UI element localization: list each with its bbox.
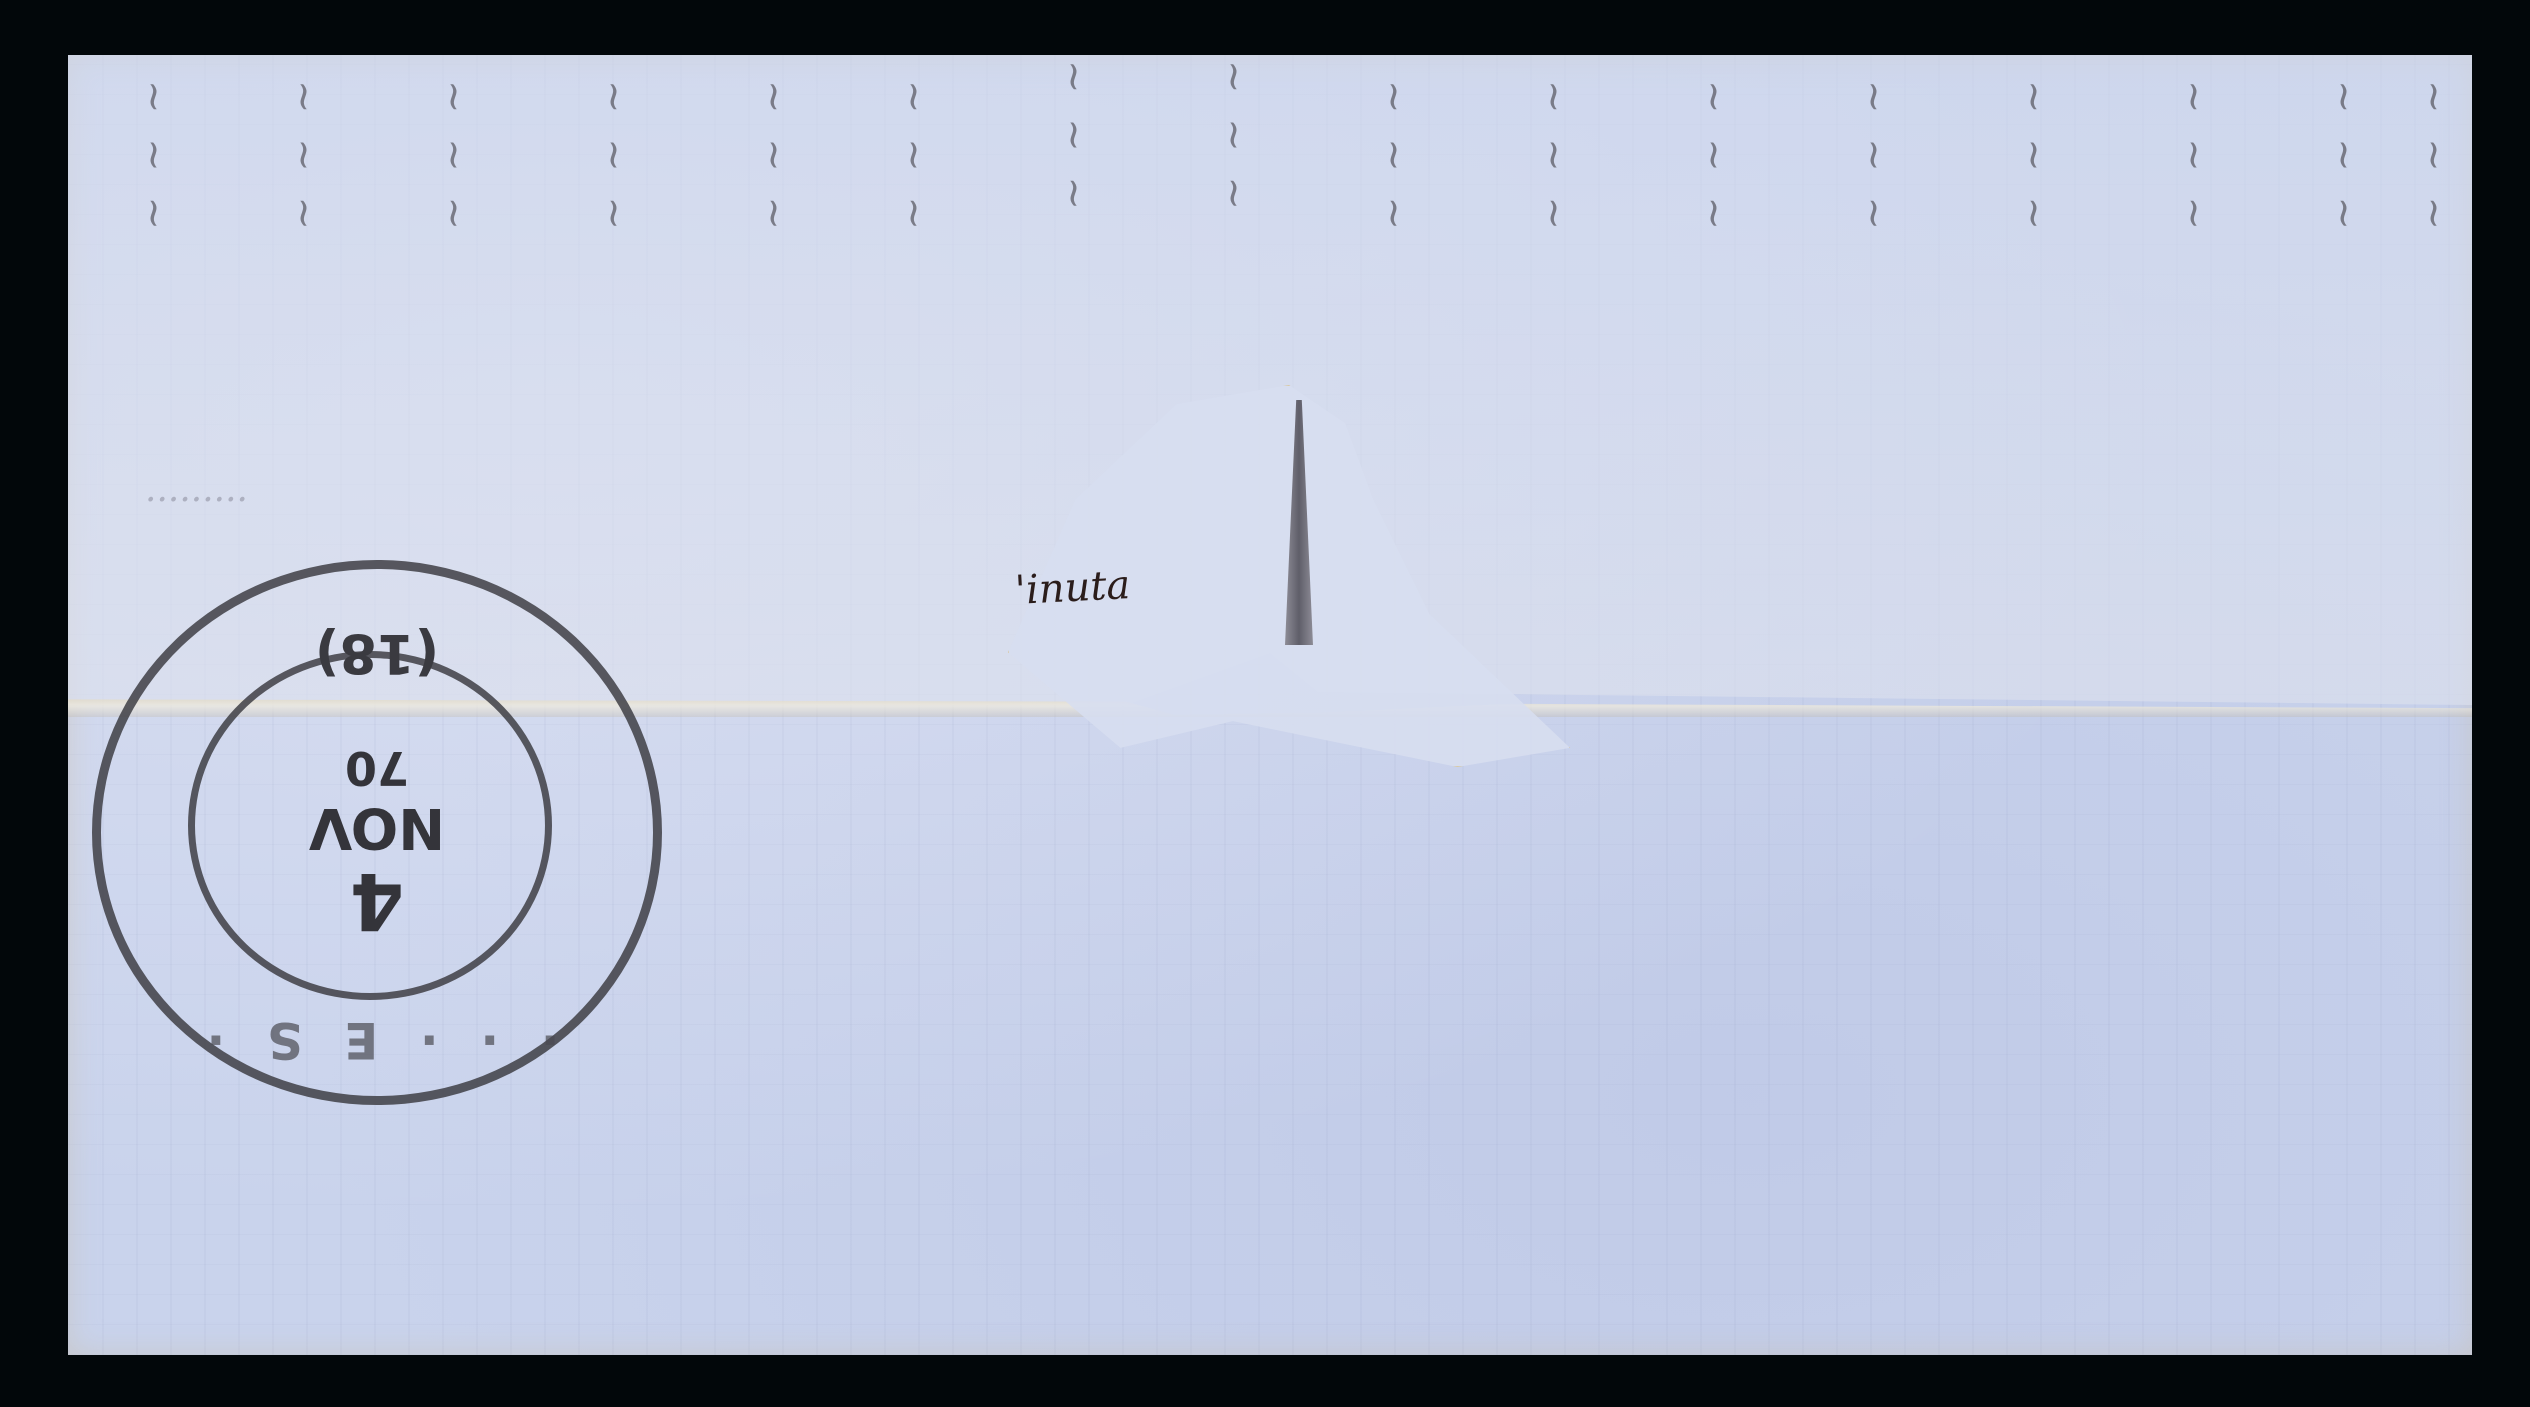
script-column: ~ ~ ~ xyxy=(2420,80,2460,1280)
script-column: ~ ~ ~ xyxy=(1700,80,1740,1280)
circular-datestamp-postmark: · · · E S · 4 NOV 70 (18) xyxy=(92,560,662,1105)
script-column: ~ ~ ~ xyxy=(2330,80,2370,1280)
script-column: ~ ~ ~ xyxy=(1220,60,1260,360)
handwritten-word: 'inuta xyxy=(1014,562,1131,614)
script-column: ~ ~ ~ xyxy=(2020,80,2060,1280)
postmark-day: 4 xyxy=(92,855,662,945)
script-column: ~ ~ ~ xyxy=(1860,80,1900,1280)
script-column: ~ ~ ~ xyxy=(1060,60,1100,360)
postmark-town: · · · E S · xyxy=(92,1011,662,1069)
script-column: ~ ~ ~ xyxy=(1380,80,1420,1280)
postmark-year: 70 xyxy=(92,741,662,795)
postmark-department-number: (18) xyxy=(92,622,662,685)
script-column: ~ ~ ~ xyxy=(1540,80,1580,1280)
script-column: ~ ~ ~ xyxy=(900,80,940,1280)
script-column: ~ ~ ~ xyxy=(2180,80,2220,1280)
faded-handwriting: ········· xyxy=(145,480,248,521)
script-column: ~ ~ ~ xyxy=(760,80,800,1280)
postmark-month: NOV xyxy=(92,795,662,860)
